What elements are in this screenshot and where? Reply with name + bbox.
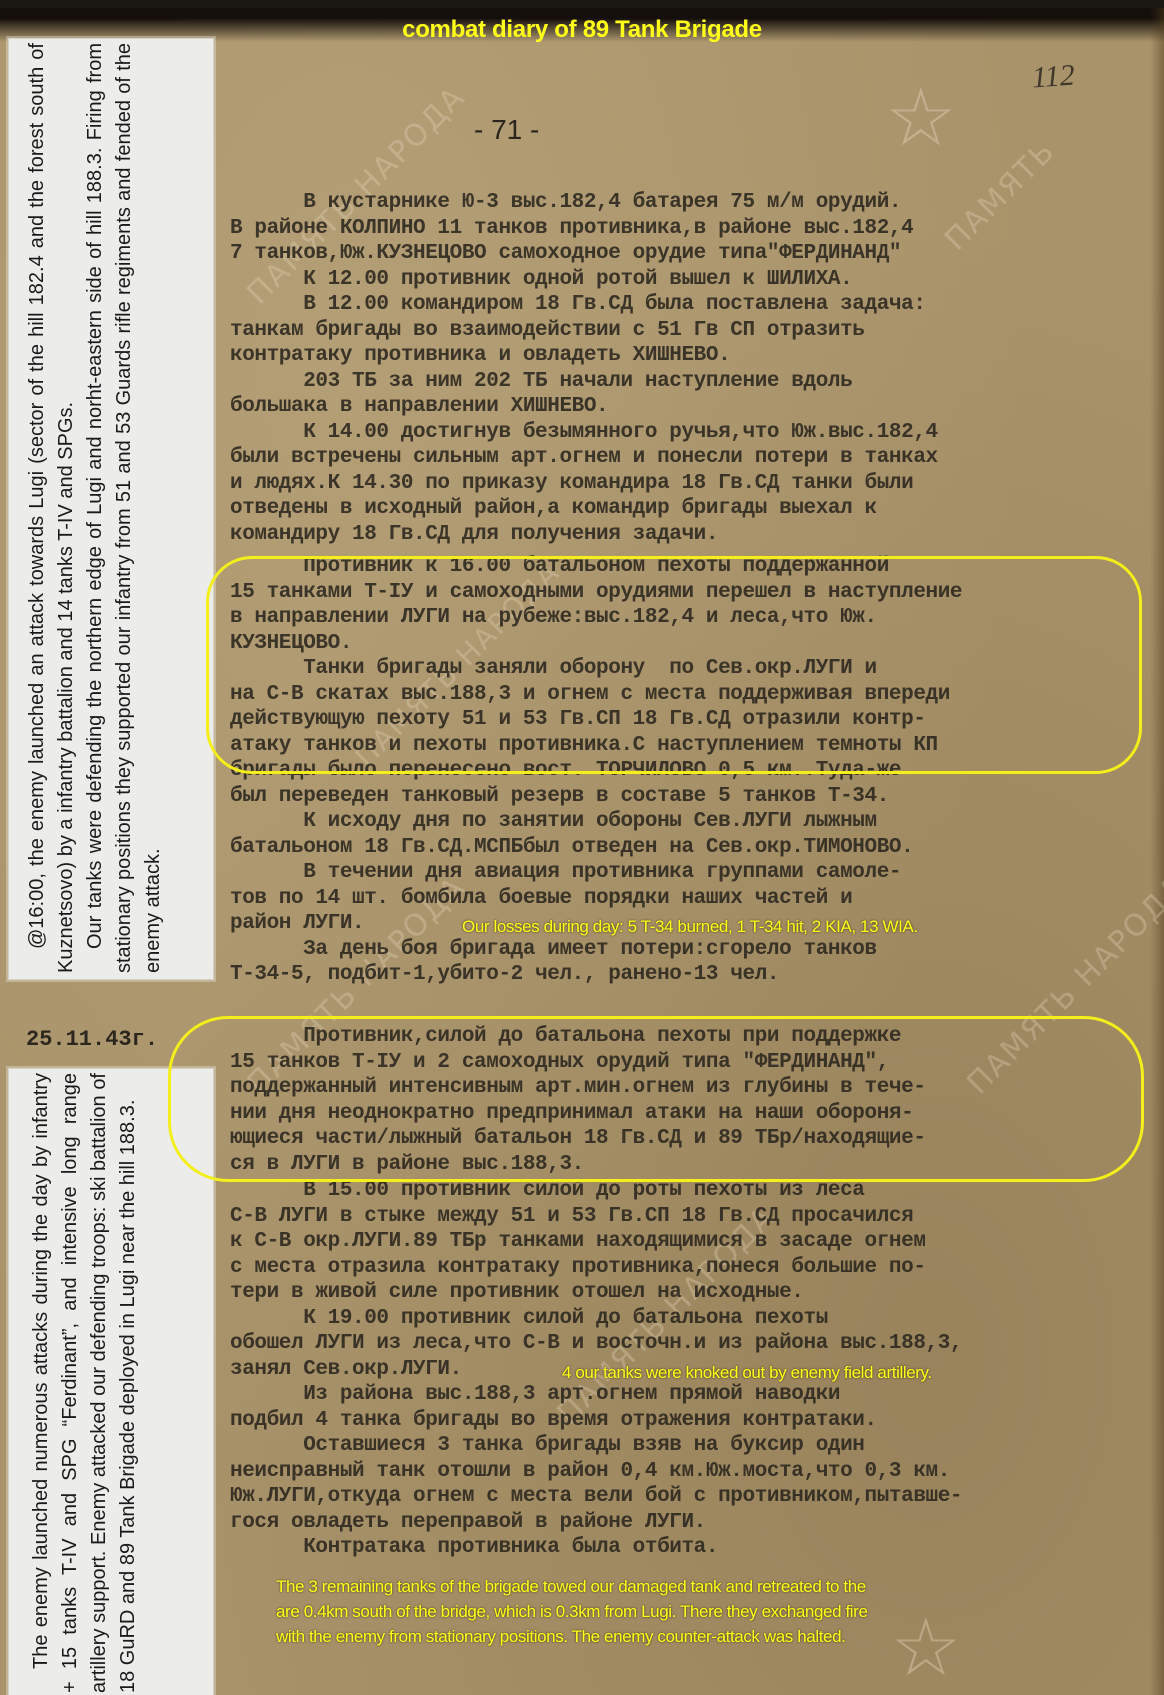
annotation-losses: Our losses during day: 5 T-34 burned, 1 … <box>462 914 918 939</box>
typed-line: командиру 18 Гв.СД для получения задачи. <box>230 522 938 548</box>
side-note-paragraph: Our tanks were defending the northern ed… <box>81 43 168 973</box>
typed-line: тов по 14 шт. бомбила боевые порядки наш… <box>230 886 913 912</box>
page-edge-shadow <box>1150 8 1164 1695</box>
highlight-outline-1600-attack <box>206 556 1142 774</box>
typed-line: гося овладеть переправой в районе ЛУГИ. <box>230 1510 962 1536</box>
typed-line: тери в живой силе противник отошел на ис… <box>230 1280 962 1306</box>
typed-line: Т-34-5, подбит-1,убито-2 чел., ранено-13… <box>230 962 913 988</box>
typed-line: Контратака противника была отбита. <box>230 1535 962 1561</box>
typed-line: батальоном 18 Гв.СД.МСПБбыл отведен на С… <box>230 835 913 861</box>
typed-line: подбил 4 танка бригады во время отражени… <box>230 1408 962 1434</box>
document-block-3: бригады было перенесено вост. ТОРЧИЛОВО … <box>230 758 913 988</box>
typed-line: К 12.00 противник одной ротой вышел к ШИ… <box>230 267 938 293</box>
typed-line: с места отразила контратаку противника,п… <box>230 1255 962 1281</box>
typed-line: В кустарнике Ю-3 выс.182,4 батарея 75 м/… <box>230 190 938 216</box>
typed-line: и людях.К 14.30 по приказу командира 18 … <box>230 471 938 497</box>
typed-line: контратаку противника и овладеть ХИШНЕВО… <box>230 343 938 369</box>
typed-line: В 12.00 командиром 18 Гв.СД была поставл… <box>230 292 938 318</box>
page-number: - 71 - <box>474 114 539 146</box>
typed-line: Юж.ЛУГИ,откуда огнем с места вели бой с … <box>230 1484 962 1510</box>
annotation-retreat: The 3 remaining tanks of the brigade tow… <box>276 1574 868 1649</box>
annotation-line: The 3 remaining tanks of the brigade tow… <box>276 1574 868 1599</box>
typed-line: обошел ЛУГИ из леса,что С-В и восточн.и … <box>230 1331 962 1357</box>
typed-line: неисправный танк отошли в район 0,4 км.Ю… <box>230 1459 962 1485</box>
typed-line: К исходу дня по занятии обороны Сев.ЛУГИ… <box>230 809 913 835</box>
typed-line: 203 ТБ за ним 202 ТБ начали наступление … <box>230 369 938 395</box>
typed-line: 7 танков,Юж.КУЗНЕЦОВО самоходное орудие … <box>230 241 938 267</box>
watermark-text: ПАМЯТЬ <box>938 133 1062 257</box>
typed-line: Из района выс.188,3 арт.огнем прямой нав… <box>230 1382 962 1408</box>
side-note-1: @16:00, the enemy launched an attack tow… <box>8 38 214 980</box>
entry-date: 25.11.43г. <box>26 1027 158 1052</box>
typed-line: К 14.00 достигнув безымянного ручья,что … <box>230 420 938 446</box>
archive-sheet-number: 112 <box>1031 59 1076 96</box>
side-note-paragraph: @16:00, the enemy launched an attack tow… <box>23 43 81 973</box>
typed-line: были встречены сильным арт.огнем и понес… <box>230 445 938 471</box>
typed-line: В течении дня авиация противника группам… <box>230 860 913 886</box>
document-block-1: В кустарнике Ю-3 выс.182,4 батарея 75 м/… <box>230 190 938 547</box>
annotation-line: are 0.4km south of the bridge, which is … <box>276 1599 868 1624</box>
document-page: ☆ ПАМЯТЬ ПАМЯТЬ НАРОДА ПАМЯТЬ НАРОДА ПАМ… <box>0 8 1164 1695</box>
watermark-star-icon: ☆ <box>885 78 957 158</box>
typed-line: отведены в исходный район,а командир бри… <box>230 496 938 522</box>
typed-line: С-В ЛУГИ в стыке между 51 и 53 Гв.СП 18 … <box>230 1204 962 1230</box>
typed-line: к С-В окр.ЛУГИ.89 ТБр танками находящими… <box>230 1229 962 1255</box>
typed-line: К 19.00 противник силой до батальона пех… <box>230 1306 962 1332</box>
side-note-paragraph: The enemy launched numerous attacks duri… <box>27 1073 143 1693</box>
typed-line: За день боя бригада имеет потери:сгорело… <box>230 937 913 963</box>
annotation-knocked-out: 4 our tanks were knoked out by enemy fie… <box>562 1360 932 1385</box>
typed-line: В районе КОЛПИНО 11 танков противника,в … <box>230 216 938 242</box>
typed-line: танкам бригады во взаимодействии с 51 Гв… <box>230 318 938 344</box>
highlight-outline-25-11-attack <box>168 1016 1144 1182</box>
typed-line: Оставшиеся 3 танка бригады взяв на букси… <box>230 1433 962 1459</box>
typed-line: большака в направлении ХИШНЕВО. <box>230 394 938 420</box>
typed-line: был переведен танковый резерв в составе … <box>230 784 913 810</box>
annotation-line: with the enemy from stationary positions… <box>276 1624 868 1649</box>
watermark-star-icon: ☆ <box>890 1608 962 1688</box>
